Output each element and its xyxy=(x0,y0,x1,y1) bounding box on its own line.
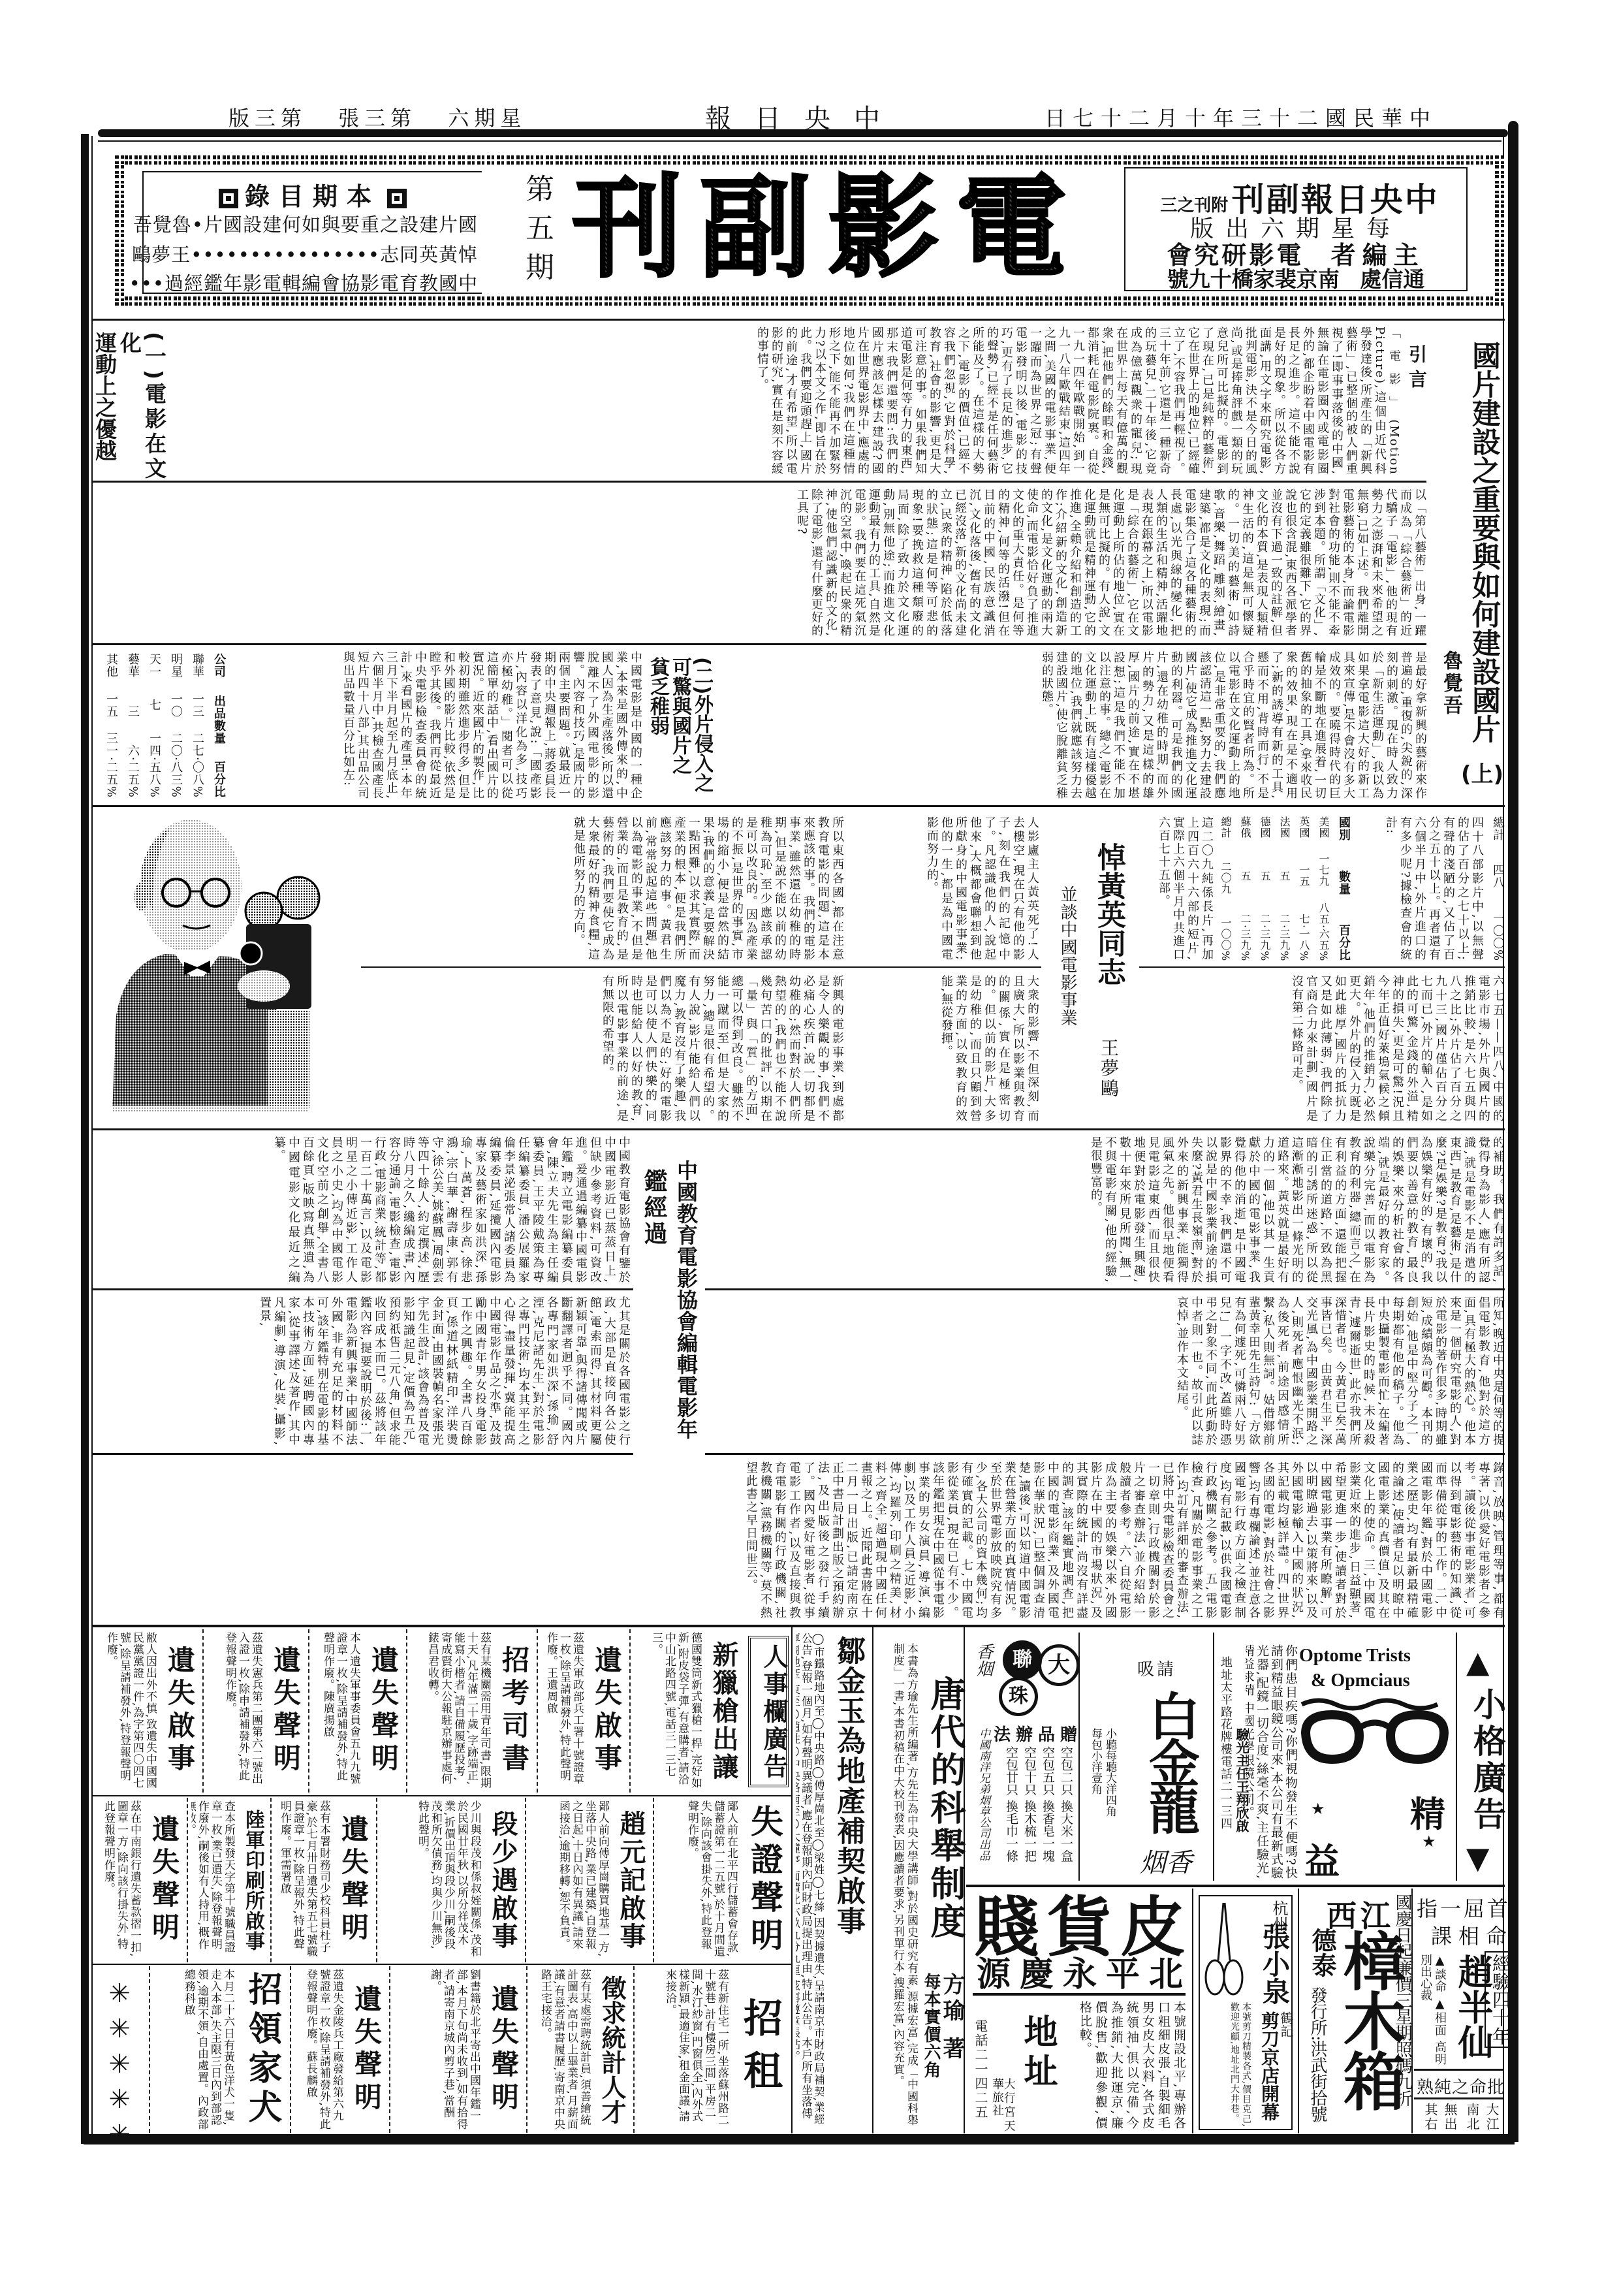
issue-number: 第五期 xyxy=(516,174,558,291)
publication-info-box: 中央日報副刊 附刊之三 每星期六出版 主編者 電影研究會 通信處 南京裴家橋十九… xyxy=(1124,167,1468,291)
brand-char: 精 xyxy=(1410,1787,1445,1837)
section-heading-line: (二)外片侵入之 xyxy=(691,657,713,802)
ad-body: 茲遺失金陵兵工廠發給第六九號證章一枚,除呈請補發外,特此登報聲明作廢。蘇長麟啟 xyxy=(294,1969,343,2130)
divider xyxy=(1414,2097,1504,2099)
article-text: 「電影」(Motion Picture),這個由近代科學發達後,所產生的「新興藝… xyxy=(168,327,1401,475)
brand-name: 白金龍 xyxy=(1133,1690,1206,1831)
article-title: 悼黃英同志 xyxy=(1088,842,1129,986)
book-ad: 唐代的科舉制度 本書為方瑜先生所編著,方先生為中央大學講師,對於國史研究有素,源… xyxy=(873,1630,962,2133)
percentage: 八五·六五% xyxy=(1315,902,1331,961)
article-text: 這二〇九純係長片,再加上四百六十六部的短片,實際上六個半月中共進口六百七十五部。 xyxy=(1151,816,1214,961)
article-title: 國片建設之重要與如何建設國片 xyxy=(1465,341,1501,743)
company-name: 其他 xyxy=(100,653,119,678)
article-text: 是最好拿新興的藝術來作普遍的,重復的,尖銳的,深刻的刺激。現在時人致力於「新生活… xyxy=(715,651,1427,800)
triangle-up-icon: ▲ xyxy=(1466,1644,1489,1680)
edition-info: 星期六 第三張 第三版 xyxy=(228,102,526,132)
country: 法國 xyxy=(1276,816,1292,838)
triangle-down-icon: ▼ xyxy=(1466,1840,1489,1875)
baijinlong-cigarette-ad: 請吸 白金龍 香烟 小聽每聽大洋四角 每包小洋壹角 xyxy=(1081,1630,1212,1883)
ad-row-rule xyxy=(966,1885,1505,1887)
ad-body: 茲在中南銀行遺失蓄款摺一扣,圖章一方,除向該行掛失外,特此登報聲明作廢。 xyxy=(95,1800,141,1960)
ad-title: 失證聲明 xyxy=(741,1800,788,1960)
ad-title: 招租 xyxy=(732,1969,788,2130)
address-value: 南京裴家橋十九號 xyxy=(1167,266,1340,292)
company-name: 聯華 xyxy=(186,653,206,678)
issue-date: 中華民國二十三年十月二十七日 xyxy=(1045,102,1438,132)
services: ▲談命 ▲相面 高明別出心裁 xyxy=(1417,1954,1447,2065)
book-title: 唐代的科舉制度 xyxy=(920,1676,971,1941)
brand-logo-char: 珠 xyxy=(999,1677,1038,1716)
dalianzhu-cigarette-ad: 大 聯 珠 香烟 贈品辦法 空包二只 換大米一盒 空包五只 換香皂一塊 空包十只… xyxy=(967,1630,1077,1883)
article-text: 以「第八藝術」出身,一躍而成為「綜合藝術」的近代驕子「電影」,他的現有勢力之澎湃… xyxy=(97,488,1426,637)
scissors-shop-ad: 杭州 張小泉 鶴記 剪刀京店開幕 本號剪刀精製各式,價目克己,歡迎光顧,地址北門… xyxy=(1199,1895,1293,2130)
ad-body: 茲遺失軍政部兵工署十號證章一枚,除呈請補發外,特此聲明作廢。王遺周啟 xyxy=(541,1632,584,1790)
ad-body: 德國雙筒新式獵槍一桿,完好如新,附皮袋子彈,有意購者,請洽中山北路四號,電話三一… xyxy=(634,1632,702,1790)
camphor-chest-ad: 江西 國慶日起廉價三星期照碼九折 德泰 樟木箱 發行所:洪武街拾號 xyxy=(1300,1889,1411,2134)
gift-offer: 空包十只 換木梳一把 xyxy=(1021,1746,1039,1862)
article-part: (上) xyxy=(1461,756,1503,788)
land-notice-ad: 鄒金玉為地產補契啟事 ◯市鐵路地內至◯中央路◯傅厚崗北至◯梁姓◯七絲,因契據遺失… xyxy=(793,1630,872,2133)
film-count: 一五 xyxy=(1296,865,1312,887)
ad-title: 招考司書 xyxy=(494,1632,533,1790)
toc-item: 中國教育電影協會編輯電影年鑑經過••• xyxy=(148,269,478,296)
ad-body: 你們患目疾嗎?你們視物發生不便嗎?快請到精益眼鏡公司來,本公司有最新式驗光器,配… xyxy=(1246,1644,1298,1879)
ad-body: 敝人因出外不慎,致遺失中國國民黨黨證一件,為字第四〇四七號,除呈請補發外,特登報… xyxy=(95,1632,157,1790)
brand-logo-char: 聯 xyxy=(1003,1640,1042,1680)
film-count: 五 xyxy=(1276,870,1292,882)
film-count: 三 xyxy=(121,705,141,718)
small-ads-label: ▲ 小格廣告 ▼ xyxy=(1458,1633,1504,1881)
phone-number: 電話二一四二五 xyxy=(971,2019,990,2120)
ad-body: 茲遺失憲兵第二團第六二號出入證一枚,除申請補發外,特此登報聲明作廢。 xyxy=(207,1632,262,1790)
address-value: 大行宮天華旅社 xyxy=(991,2078,1014,2133)
gift-heading: 贈品辦法 xyxy=(994,1721,1082,1746)
english-heading: & Opmciaus xyxy=(1311,1670,1410,1691)
frame-top-rule xyxy=(98,129,1508,137)
classified-ad: 陸軍印刷所啟事查本所製發天字第十號職員證章一枚,業已遺失,除登報聲明作廢外,嗣後… xyxy=(187,1798,270,1962)
row-rule xyxy=(91,1625,1505,1627)
product-label: 香烟 xyxy=(1140,1842,1192,1879)
fortune-teller-ad: 首屈一指 命相課 經驗四十年 趙半仙 ▲談命 ▲相面 高明別出心裁 批命之純熟 … xyxy=(1414,1889,1504,2134)
country: 美國 xyxy=(1315,816,1331,838)
section-heading-line: 可驚與國片之 xyxy=(668,657,691,802)
classified-ad: 招租茲有新住宅一所,坐落蘇州路二十號巷,計有樓房三間,平房二間,水汀紗窗,門窗俱… xyxy=(633,1966,791,2133)
portrait-photo xyxy=(112,820,345,1112)
ad-body: 本號開設北平,專辦各口粗細皮張,自製細毛男女皮大衣料,各式皮統領袖,俱以完備,今… xyxy=(1055,2001,1187,2130)
ad-title: 遺失聲明 xyxy=(484,1969,523,2130)
ad-column-rule xyxy=(1411,1889,1413,2133)
row-rule xyxy=(91,319,1505,321)
row-rule xyxy=(91,1128,1505,1130)
row-rule xyxy=(361,966,1041,968)
classified-ad: 遺失聲明茲在中南銀行遺失蓄款摺一扣,圖章一方,除向該行掛失外,特此登報聲明作廢。 xyxy=(91,1798,187,1962)
meander-border-right xyxy=(1495,155,1504,306)
film-count: 一三 xyxy=(186,693,206,718)
ad-column-rule xyxy=(1298,1889,1299,2133)
section-heading-1: (一)電影在文化 運動上之優越 地位 xyxy=(91,332,166,479)
portrait-photo-image xyxy=(112,820,345,1112)
row-rule xyxy=(91,1288,633,1290)
article-text: 所知,晚近中央是何等的提倡電影教育,他對於這方面,具有極大的熱心。他本來是一個研… xyxy=(712,1296,1505,1446)
ad-body: 查本所製發天字第十號職員證章一枚,業已遺失,除登報聲明作廢外,嗣後如有人持用,概… xyxy=(191,1800,235,1960)
ad-title: 趙元記啟事 xyxy=(612,1800,650,1960)
frame-top-thin-rule xyxy=(98,140,1501,142)
article-text: 中國教育電影協會有鑒於中國電影近已蒸蒸日上,但缺少參考資料,可資改進。爰通過編纂… xyxy=(95,1136,631,1284)
table-row: 美國一七九八五·六五% xyxy=(1315,816,1331,961)
percentage: 三一·二五% xyxy=(100,732,119,798)
classified-ad: 新獵槍出讓德國雙筒新式獵槍一桿,完好如新,附皮袋子彈,有意購者,請洽中山北路四號… xyxy=(629,1629,746,1793)
company-table-total: 總計 四八 一〇〇% xyxy=(1488,816,1506,961)
frame-right-rule xyxy=(1508,121,1518,2142)
address-label: 通信處 xyxy=(1360,266,1424,292)
shop-name: 北平永慶源 xyxy=(977,1956,1192,1993)
article-text: 四十八部影片中,以無聲的佔了百分之七十以上;有聲的淺陋的,又佔了百分之五十以上。… xyxy=(1356,816,1484,961)
article-text: 的補助。我們有許多話,覺得身為影人,應有所認識,就是電影不是消遣的東西,是教育,… xyxy=(712,1136,1505,1284)
classified-ad: 段少遇啟事少川與段茂和係叔姪關係,茂和於民國廿年秋,以所分祥茂木業,折價出頂與段… xyxy=(376,1798,525,1962)
classified-ad: 遺失聲明茲有本署財務司少校科員杜子豪,於七月卅日遺失第五七號職員證章一枚,除呈報… xyxy=(270,1798,376,1962)
percentage: 一〇〇% xyxy=(1218,917,1233,961)
table-row: 其他一五三一·二五% xyxy=(100,653,119,798)
company-name: 天一 xyxy=(143,653,163,678)
classified-ad: 遺失啟事茲遺失軍政部兵工署十號證章一枚,除呈請補發外,特此聲明作廢。王遺周啟 xyxy=(537,1629,629,1793)
ad-address: 地址太平路花牌樓電話二一三四 xyxy=(1217,1656,1233,1878)
classified-ad: 招考司書茲有某機關需用青年司書,限期十天,凡年滿二十歲,字跡端正,能寫小楷者,請… xyxy=(406,1629,537,1793)
toc-item: 國片建設之重要與如何建設國片•魯覺吾 xyxy=(148,210,478,237)
ad-title: 遺失聲明 xyxy=(347,1969,386,2130)
article-text: 大衆的影響,不但深刻,而且廣大,所以影業與教育的關係,實在是極密切的。但以前的影… xyxy=(850,975,1039,1123)
gift-offer: 空包廿只 換毛巾一條 xyxy=(1003,1746,1020,1862)
percentage: 二·三九% xyxy=(1257,914,1272,961)
claim: 大江南北 xyxy=(1462,2103,1501,2131)
article-text: 新興的電影事業,到處都是令人樂觀的事,我們不必痛心疾首,說一切都是幼稚的;然而對… xyxy=(362,975,844,1123)
ad-title: 新獵槍出讓 xyxy=(705,1632,742,1790)
country: 英國 xyxy=(1296,816,1312,838)
section-heading-line: (一)電影在文化 xyxy=(117,332,166,479)
meander-border-bottom xyxy=(115,296,1504,306)
ad-headline: 剪刀京店開幕 xyxy=(1256,2011,1282,2121)
brand-logo-char: 大 xyxy=(1038,1644,1080,1686)
table-of-contents: 本期目錄 國片建設之重要與如何建設國片•魯覺吾 悼黃英同志•••••••••••… xyxy=(142,171,482,294)
ad-title: 遺失啟事 xyxy=(160,1632,199,1790)
section-heading-line: 貧乏稚弱 xyxy=(648,657,668,802)
ad-title: 遺失聲明 xyxy=(364,1632,403,1790)
product-name: 樟木箱 xyxy=(1325,1929,1415,2109)
table-header: 百分比 xyxy=(208,761,227,798)
country: 德國 xyxy=(1257,816,1272,838)
table-header-column: 公司 出品數量 百分比 xyxy=(208,653,227,798)
classified-ad: 失證聲明鄙人前在北平四行儲蓄會存款,儲蓄證第一二五號,於十月間遺失,除向該會掛失… xyxy=(653,1798,791,1962)
fur-goods-ad: 皮貨賤 北平永慶源 本號開設北平,專辦各口粗細皮張,自製細毛男女皮大衣料,各式皮… xyxy=(967,1889,1189,2134)
product-label: 香烟 xyxy=(971,1643,996,1677)
ad-body: 本月二十六日有黃色洋犬一隻,走入本部,失主限三日內到部認領,逾期不領,自由處置。… xyxy=(153,1969,234,2130)
company-name: 總計 xyxy=(1488,816,1506,841)
row-rule xyxy=(1139,966,1505,968)
table-header: 公司 xyxy=(208,653,227,678)
ad-title: 徵求統計人才 xyxy=(594,1969,630,2130)
row-rule xyxy=(91,481,1426,483)
article-title-continued: 鑑經過 xyxy=(637,1169,670,1247)
jingyi-optical-ad: Optome Trists & Opmciaus 精 ★ ★ 益 你們患目疾嗎?… xyxy=(1216,1630,1456,1883)
ad-title: 遺失聲明 xyxy=(266,1632,305,1790)
country: 總計 xyxy=(1218,816,1233,838)
company-name: 明星 xyxy=(165,653,184,678)
company-output-table: 公司 出品數量 百分比 聯華一三二七·〇八% 明星一〇二〇·八三% 天一七一四·… xyxy=(91,653,227,798)
gift-offer: 空包五只 換香皂一塊 xyxy=(1039,1746,1057,1862)
classified-ad: 招領家犬本月二十六日有黃色洋犬一隻,走入本部,失主限三日內到部認領,逾期不領,自… xyxy=(149,1966,290,2133)
personnel-ads-label-box: 人事欄廣告 xyxy=(748,1636,789,1787)
table-header-column: 國別 數量 百分比 xyxy=(1335,816,1352,961)
book-price: 每本實價六角 xyxy=(919,1973,943,2079)
country: 蘇俄 xyxy=(1237,816,1253,838)
brand-name: 張小泉 xyxy=(1255,1922,1294,2005)
percentage: 二·三九% xyxy=(1237,914,1253,961)
address-line: 通信處 南京裴家橋十九號 xyxy=(1125,263,1466,293)
classified-ad: 遺失聲明本人遺失軍事委員會五九九號證章一枚,除呈請補發外,特此聲明作廢。陳廣揚啟 xyxy=(308,1629,406,1793)
claim: 無出其右 xyxy=(1421,2103,1460,2131)
classified-ad: 徵求統計人才茲有某處需聘統計員,須善繪統計圖表,高中以上畢業者,月薪面議,有意者… xyxy=(526,1966,633,2133)
ad-row-rule xyxy=(91,1795,793,1796)
toc-item: 悼黃英同志••••••••••••••••王夢鷗 xyxy=(148,240,478,267)
english-heading: Optome Trists xyxy=(1299,1646,1411,1666)
small-ads-title: 小格廣告 xyxy=(1464,1687,1511,1834)
tagline: 首屈一指 xyxy=(1417,1892,1511,1922)
table-row: 明星一〇二〇·八三% xyxy=(165,653,184,798)
ad-title: 遺失聲明 xyxy=(334,1800,373,1960)
article-subtitle: 並談中國電影事業 xyxy=(1056,885,1080,1027)
square-bullet-icon xyxy=(387,189,407,208)
classified-ad: 遺失啟事敝人因出外不慎,致遺失中國國民黨黨證一件,為字第四〇四七號,除呈請補發外… xyxy=(91,1629,202,1793)
address-label: 地址 xyxy=(1013,2014,1062,2092)
ad-body: 茲有某處需聘統計員,須善繪統計圖表,高中以上畢業者,月薪面議,有意者請書履歷,寄… xyxy=(531,1969,591,2130)
gift-offer: 空包二只 換大米一盒 xyxy=(1058,1746,1075,1862)
table-row: 德國五二·三九% xyxy=(1257,816,1272,961)
ad-body: 鄙人前向傅厚崗購買地基一方,坐落中央路,業已建築,自登報之日起,十日內如有異議,… xyxy=(529,1800,609,1960)
table-header: 百分比 xyxy=(1335,924,1352,961)
decorative-stars: ✳✳✳✳✳ xyxy=(104,1979,134,2155)
film-count: 二〇九 xyxy=(1218,861,1233,895)
article-author: 王夢鷗 xyxy=(1095,1038,1122,1099)
address: 發行所:洪武街拾號 xyxy=(1306,1986,1330,2122)
percentage: 二〇·八三% xyxy=(165,732,184,798)
article-author: 魯覺吾 xyxy=(1436,650,1465,717)
classified-ad: 趙元記啟事鄙人前向傅厚崗購買地基一方,坐落中央路,業已建築,自登報之日起,十日內… xyxy=(525,1798,653,1962)
meander-border-left xyxy=(115,155,124,306)
section-heading-line: 運動上之優越 xyxy=(92,332,117,479)
table-row: 蘇俄五二·三九% xyxy=(1237,816,1253,961)
star-icon: ★ xyxy=(1422,1832,1436,1851)
toc-title: 本期目錄 xyxy=(245,182,381,211)
ad-signature: 驗光主任王翔欣啟 xyxy=(1233,1728,1251,1832)
ad-body: 少川與段茂和係叔姪關係,茂和於民國廿年秋,以所分祥茂木業,折價出頂與段少川,嗣後… xyxy=(381,1800,481,1960)
percentage: 二七·〇八% xyxy=(186,732,206,798)
ad-column-rule xyxy=(1213,1633,1214,1881)
film-count: 四八 xyxy=(1488,864,1506,889)
star-icon: ★ xyxy=(1311,1800,1325,1818)
divider xyxy=(1414,2069,1504,2071)
row-rule xyxy=(705,1288,1505,1290)
ad-body: 劉書籍於北平寄出中國年鑑一部,本月下旬尚未收到,如有拾得者,請寄南京城內剪子巷,… xyxy=(394,1969,480,2130)
ad-body: 茲有本署財務司少校科員杜子豪,於七月卅日遺失第五七號職員證章一枚,除呈報外,特此… xyxy=(275,1800,330,1960)
classified-ad: 遺失聲明劉書籍於北平寄出中國年鑑一部,本月下旬尚未收到,如有拾得者,請寄南京城內… xyxy=(389,1966,526,2133)
tagline: 命相課 xyxy=(1431,1920,1513,1950)
ad-title: 遺失啟事 xyxy=(587,1632,626,1790)
film-count: 一〇 xyxy=(165,693,184,718)
article-text: 人影廬主人黃英死了!人去樓空,現在只有他的影子,刻在我們的記憶中了。凡認識他的人… xyxy=(850,816,1039,961)
slogan: 批命之純熟 xyxy=(1417,2074,1505,2098)
table-row: 法國五二·三九% xyxy=(1276,816,1292,961)
classified-ad: 遺失聲明茲遺失金陵兵工廠發給第六九號證章一枚,除呈請補發外,特此登報聲明作廢。蘇… xyxy=(290,1966,389,2133)
ad-column-rule xyxy=(1078,1633,1080,1881)
company-name: 藝華 xyxy=(121,653,141,678)
film-count: 五 xyxy=(1257,870,1272,882)
article-title: 中國教育電影協會編輯電影年 xyxy=(671,1160,701,1440)
ad-body: 茲有新住宅一所,坐落蘇州路二十號巷,計有樓房三間,平房二間,水汀紗窗,門窗俱全,… xyxy=(638,1969,729,2130)
article-text: 尤其是關於各國電影之行政,大部是直接向各公使館,電索而得,其材料更屬新穎可靠,與… xyxy=(95,1296,631,1446)
personnel-ads-label: 人事欄廣告 xyxy=(756,1644,792,1781)
ad-body: ◯市鐵路地內至◯中央路◯傅厚崗北至◯梁姓◯七絲,因契據遺失,呈請南京市財政局補契… xyxy=(796,1633,824,2130)
row-rule xyxy=(91,1453,633,1455)
article-text: 錄音,放映,管理等事,都有專著,以供愛好電影者之參考。讀後從事電影業者,可以得到… xyxy=(95,1461,1505,1619)
table-header: 數量 xyxy=(1335,870,1352,895)
ad-body: 鄙人前在北平四行儲蓄會存款,儲蓄證第一二五號,於十月間遺失,除向該會掛失外,特此… xyxy=(657,1800,738,1960)
divider xyxy=(973,1993,1186,1996)
ad-title: 陸軍印刷所啟事 xyxy=(238,1800,267,1960)
table-row: 藝華三六·二五% xyxy=(121,653,141,798)
table-row: 總計二〇九一〇〇% xyxy=(1218,816,1233,961)
article-text: 中國電影是中國的一種企業,本來是國外傳來的,中國人因為生產落後,所以還脫離不了外… xyxy=(232,651,642,800)
scissors-icon xyxy=(1204,1900,1244,1998)
percentage: 一〇〇% xyxy=(1488,912,1506,961)
percentage: 六·二五% xyxy=(121,744,141,798)
table-row: 天一七一四·五八% xyxy=(143,653,163,798)
table-header: 出品數量 xyxy=(208,695,227,744)
square-bullet-icon xyxy=(219,189,238,208)
ad-column-rule xyxy=(1192,1889,1193,2133)
newspaper-page: 星期六 第三張 第三版 中央日報 中華民國二十三年十月二十七日 本期目錄 國片建… xyxy=(0,0,1619,2296)
ad-title: 遺失聲明 xyxy=(144,1800,183,1960)
supplement-title: 電影副刊 xyxy=(572,170,1084,287)
article-text: 所以東西各國,都在注意教育電影的問題,這是本來應該的事。我們的電影事業,雖然還在… xyxy=(362,816,844,961)
ad-row-rule xyxy=(91,1964,793,1965)
ad-body: 茲有某機關需用青年司書,限期十天,凡年滿二十歲,字跡端正,能寫小楷者,請自備履歷… xyxy=(411,1632,491,1790)
meander-border-top xyxy=(115,155,1504,165)
ad-headline: 皮貨賤 xyxy=(974,1894,1193,1962)
manufacturer: 中國南洋兄弟烟草公司出品 xyxy=(975,1728,992,1861)
eyeglasses-icon xyxy=(1299,1695,1451,1767)
percentage: 一四·五八% xyxy=(143,732,163,798)
ad-title: 鄒金玉為地產補契啟事 xyxy=(827,1633,869,1939)
brand-char: 益 xyxy=(1304,1834,1340,1884)
practitioner-name: 趙半仙 xyxy=(1448,1954,1498,2060)
ad-body: 本號剪刀精製各式,價目克己,歡迎光顧,地址北門大井巷。 xyxy=(1202,2002,1252,2128)
book-description: 本書為方瑜先生所編著,方先生為中央大學講師,對於國史研究有素,源據宏富,完成「中… xyxy=(875,1643,918,2126)
toc-title-row: 本期目錄 xyxy=(148,176,478,212)
film-count: 一五 xyxy=(100,693,119,718)
intro-heading: 引言 xyxy=(1404,345,1430,394)
table-row: 英國一五七·一八% xyxy=(1296,816,1312,961)
table-row: 聯華一三二七·〇八% xyxy=(186,653,206,798)
ad-title: 招領家犬 xyxy=(238,1969,287,2130)
percentage: 七·一八% xyxy=(1296,914,1312,961)
film-count: 七 xyxy=(143,699,163,711)
row-rule xyxy=(705,1453,1505,1455)
price-info: 小聽每聽大洋四角 xyxy=(1102,1728,1118,1817)
article-text: 六七五——四八,中國的電影市場,外片與國片的推銷比較,是六七五與四八之比;外片佔… xyxy=(1140,975,1505,1123)
row-rule xyxy=(91,643,1426,645)
frame-left-rule xyxy=(81,134,89,2144)
film-count: 一七九 xyxy=(1315,853,1331,887)
import-statistics: 總計 四八 一〇〇% 四十八部影片中,以無聲的佔了百分之七十以上;有聲的淺陋的,… xyxy=(1140,816,1506,961)
table-header: 國別 xyxy=(1335,816,1352,841)
ad-column-rule xyxy=(1456,1633,1457,1881)
row-rule xyxy=(91,805,1505,807)
film-count: 五 xyxy=(1237,870,1253,882)
percentage: 二·三九% xyxy=(1276,914,1292,961)
section-heading-2: (二)外片侵入之 可驚與國片之 貧乏稚弱 xyxy=(648,657,713,802)
classified-ad: 遺失聲明茲遺失憲兵第二團第六二號出入證一枚,除申請補發外,特此登報聲明作廢。 xyxy=(202,1629,308,1793)
ad-invitation: 請吸 xyxy=(1137,1656,1176,1680)
price-info: 每包小洋壹角 xyxy=(1088,1728,1104,1794)
ad-title: 段少遇啟事 xyxy=(484,1800,522,1960)
ad-body: 本人遺失軍事委員會五九九號證章一枚,除呈請補發外,特此聲明作廢。陳廣揚啟 xyxy=(313,1632,360,1790)
frame-bottom-rule xyxy=(84,2134,1515,2145)
